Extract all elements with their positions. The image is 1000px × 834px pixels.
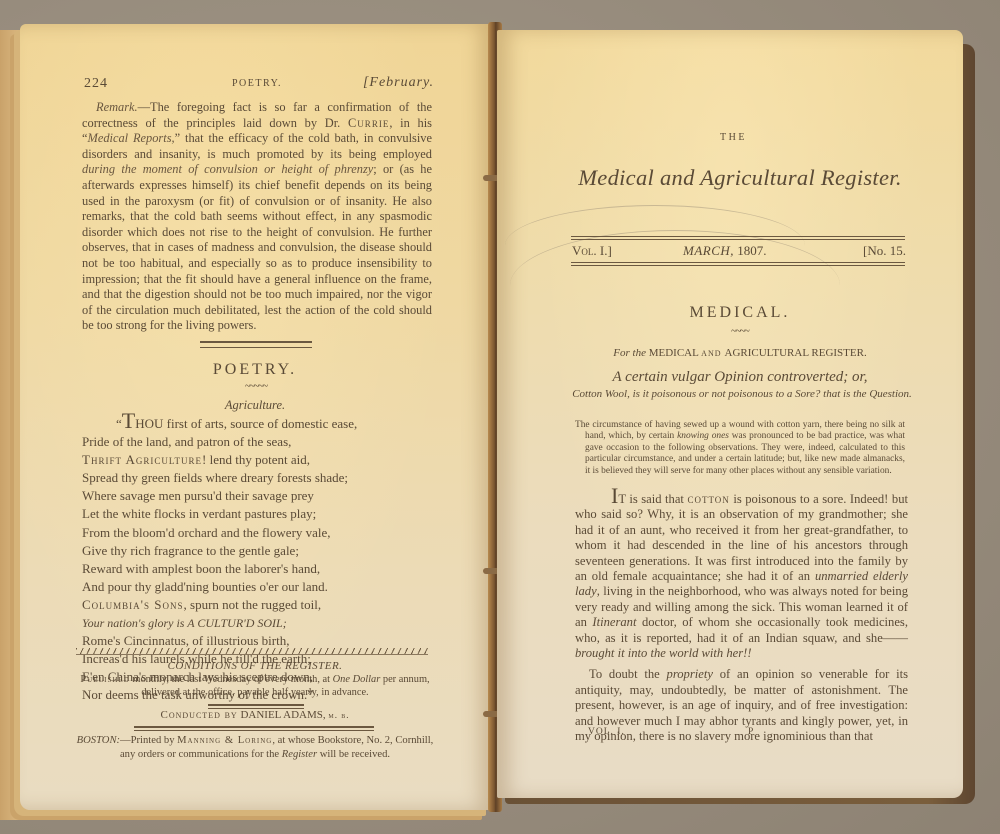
- poem-text: HOU first of arts, source of domestic ea…: [135, 416, 357, 431]
- body-text: T is said that: [618, 492, 687, 506]
- masthead-the: THE: [720, 132, 747, 143]
- body-italic: brought it into the world with her!!: [575, 646, 752, 660]
- poem-title: Agriculture.: [160, 398, 350, 413]
- running-head-section: POETRY.: [232, 78, 282, 89]
- poem-text: , spurn not the rugged toil,: [184, 597, 322, 612]
- poem-small-caps: Thrift Agriculture: [82, 452, 202, 467]
- conditions-text: Published monthly, the last Wednesday of…: [70, 673, 440, 699]
- poem-line: Columbia's Sons, spurn not the rugged to…: [82, 596, 432, 614]
- imprint-text: —Printed by: [120, 735, 177, 746]
- conductor-degree: m. b.: [328, 710, 349, 720]
- poem-line: From the bloom'd orchard and the flowery…: [82, 524, 432, 542]
- conditions-title: CONDITIONS OF THE REGISTER.: [70, 660, 440, 673]
- remark-paragraph: Remark.—The foregoing fact is so far a c…: [82, 100, 432, 334]
- masthead-title: Medical and Agricultural Register.: [560, 165, 920, 191]
- ornament: ~~~~~: [200, 381, 312, 392]
- volume: Vol. I.]: [572, 243, 612, 259]
- imprint: BOSTON:—Printed by Manning & Loring, at …: [70, 734, 440, 761]
- poem-text: ! lend thy potent aid,: [202, 452, 310, 467]
- drop-cap: T: [122, 408, 135, 433]
- poem-line: Spread thy green fields where dreary for…: [82, 469, 432, 487]
- imprint-rule: [134, 726, 374, 731]
- imprint-text: will be received.: [317, 749, 390, 760]
- printers: Manning & Loring: [177, 735, 272, 746]
- issue-line: Vol. I.] MARCH, 1807. [No. 15.: [570, 241, 906, 259]
- poem-line: Reward with amplest boon the laborer's h…: [82, 560, 432, 578]
- work-title: Medical Reports,: [88, 131, 175, 145]
- imprint-work: Register: [282, 749, 317, 760]
- footer-volume: VOL. I.: [588, 727, 625, 737]
- published-label: Published: [80, 674, 129, 685]
- paragraph-1: IT is said that cotton is poisonous to a…: [575, 491, 908, 661]
- price: One Dollar: [333, 674, 381, 685]
- body-italic: propriety: [667, 667, 713, 681]
- conductor-label: Conducted by: [161, 709, 238, 721]
- for-and: AND: [701, 349, 724, 358]
- open-book: 224 POETRY. [February. Remark.—The foreg…: [0, 0, 1000, 834]
- issue-number: [No. 15.: [863, 243, 906, 259]
- poem-small-caps: Columbia's Sons: [82, 597, 184, 612]
- section-title: MEDICAL.: [560, 304, 920, 322]
- issue-month: MARCH,: [683, 243, 734, 258]
- conductor-line: Conducted by DANIEL ADAMS, m. b.: [70, 709, 440, 721]
- poem-line: Let the white flocks in verdant pastures…: [82, 505, 432, 523]
- signature-mark: P: [748, 727, 754, 737]
- author-name: Currie: [348, 116, 389, 130]
- running-head-month: [February.: [363, 75, 434, 91]
- conditions-text-part: monthly, the last Wednesday of every mon…: [130, 674, 333, 685]
- for-the: For the: [613, 347, 648, 359]
- issue-rule-top: [571, 236, 905, 240]
- article-title: A certain vulgar Opinion controverted; o…: [560, 369, 920, 386]
- for-agricultural: AGRICULTURAL REGISTER.: [725, 347, 867, 359]
- editor-note: The circumstance of having sewed up a wo…: [575, 420, 905, 477]
- article-body: IT is said that cotton is poisonous to a…: [575, 491, 908, 745]
- poem-line: And pour thy gladd'ning bounties o'er ou…: [82, 578, 432, 596]
- section-rule: [200, 341, 312, 348]
- for-medical: MEDICAL: [649, 347, 701, 359]
- poem-line: Pride of the land, and patron of the sea…: [82, 433, 432, 451]
- ornament: ~~~~: [700, 326, 780, 337]
- body-text: To doubt the: [589, 667, 667, 681]
- for-line: For the MEDICAL AND AGRICULTURAL REGISTE…: [560, 347, 920, 359]
- issue-date: MARCH, 1807.: [683, 243, 767, 259]
- remark-emphasis: during the moment of convulsion or heigh…: [82, 162, 373, 176]
- issue-year: 1807.: [734, 243, 767, 258]
- poem-line: Where savage men pursu'd their savage pr…: [82, 487, 432, 505]
- poem-line: “THOU first of arts, source of domestic …: [82, 412, 432, 433]
- remark-lead: Remark.: [96, 100, 138, 114]
- poem-line: Give thy rich fragrance to the gentle ga…: [82, 542, 432, 560]
- poetry-title: POETRY.: [160, 361, 350, 379]
- body-italic: Itinerant: [592, 615, 636, 629]
- page-footer: VOL. I. P: [588, 727, 888, 737]
- poem-line: Thrift Agriculture! lend thy potent aid,: [82, 451, 432, 469]
- wave-rule: [76, 648, 428, 655]
- note-emphasis: knowing ones: [677, 431, 729, 441]
- issue-rule-bottom: [571, 262, 905, 266]
- body-small-caps: cotton: [687, 492, 729, 506]
- conditions-block: CONDITIONS OF THE REGISTER. Published mo…: [70, 660, 440, 699]
- left-running-head: 224 POETRY. [February.: [62, 76, 432, 94]
- remark-text: ; or (as he afterwards expresses himself…: [82, 162, 432, 332]
- article-subtitle: Cotton Wool, is it poisonous or not pois…: [572, 388, 912, 401]
- poem-line: Your nation's glory is A CULTUR'D SOIL;: [82, 614, 432, 632]
- imprint-city: BOSTON:: [77, 735, 120, 746]
- conductor-name: DANIEL ADAMS,: [238, 709, 329, 721]
- page-number: 224: [84, 76, 108, 92]
